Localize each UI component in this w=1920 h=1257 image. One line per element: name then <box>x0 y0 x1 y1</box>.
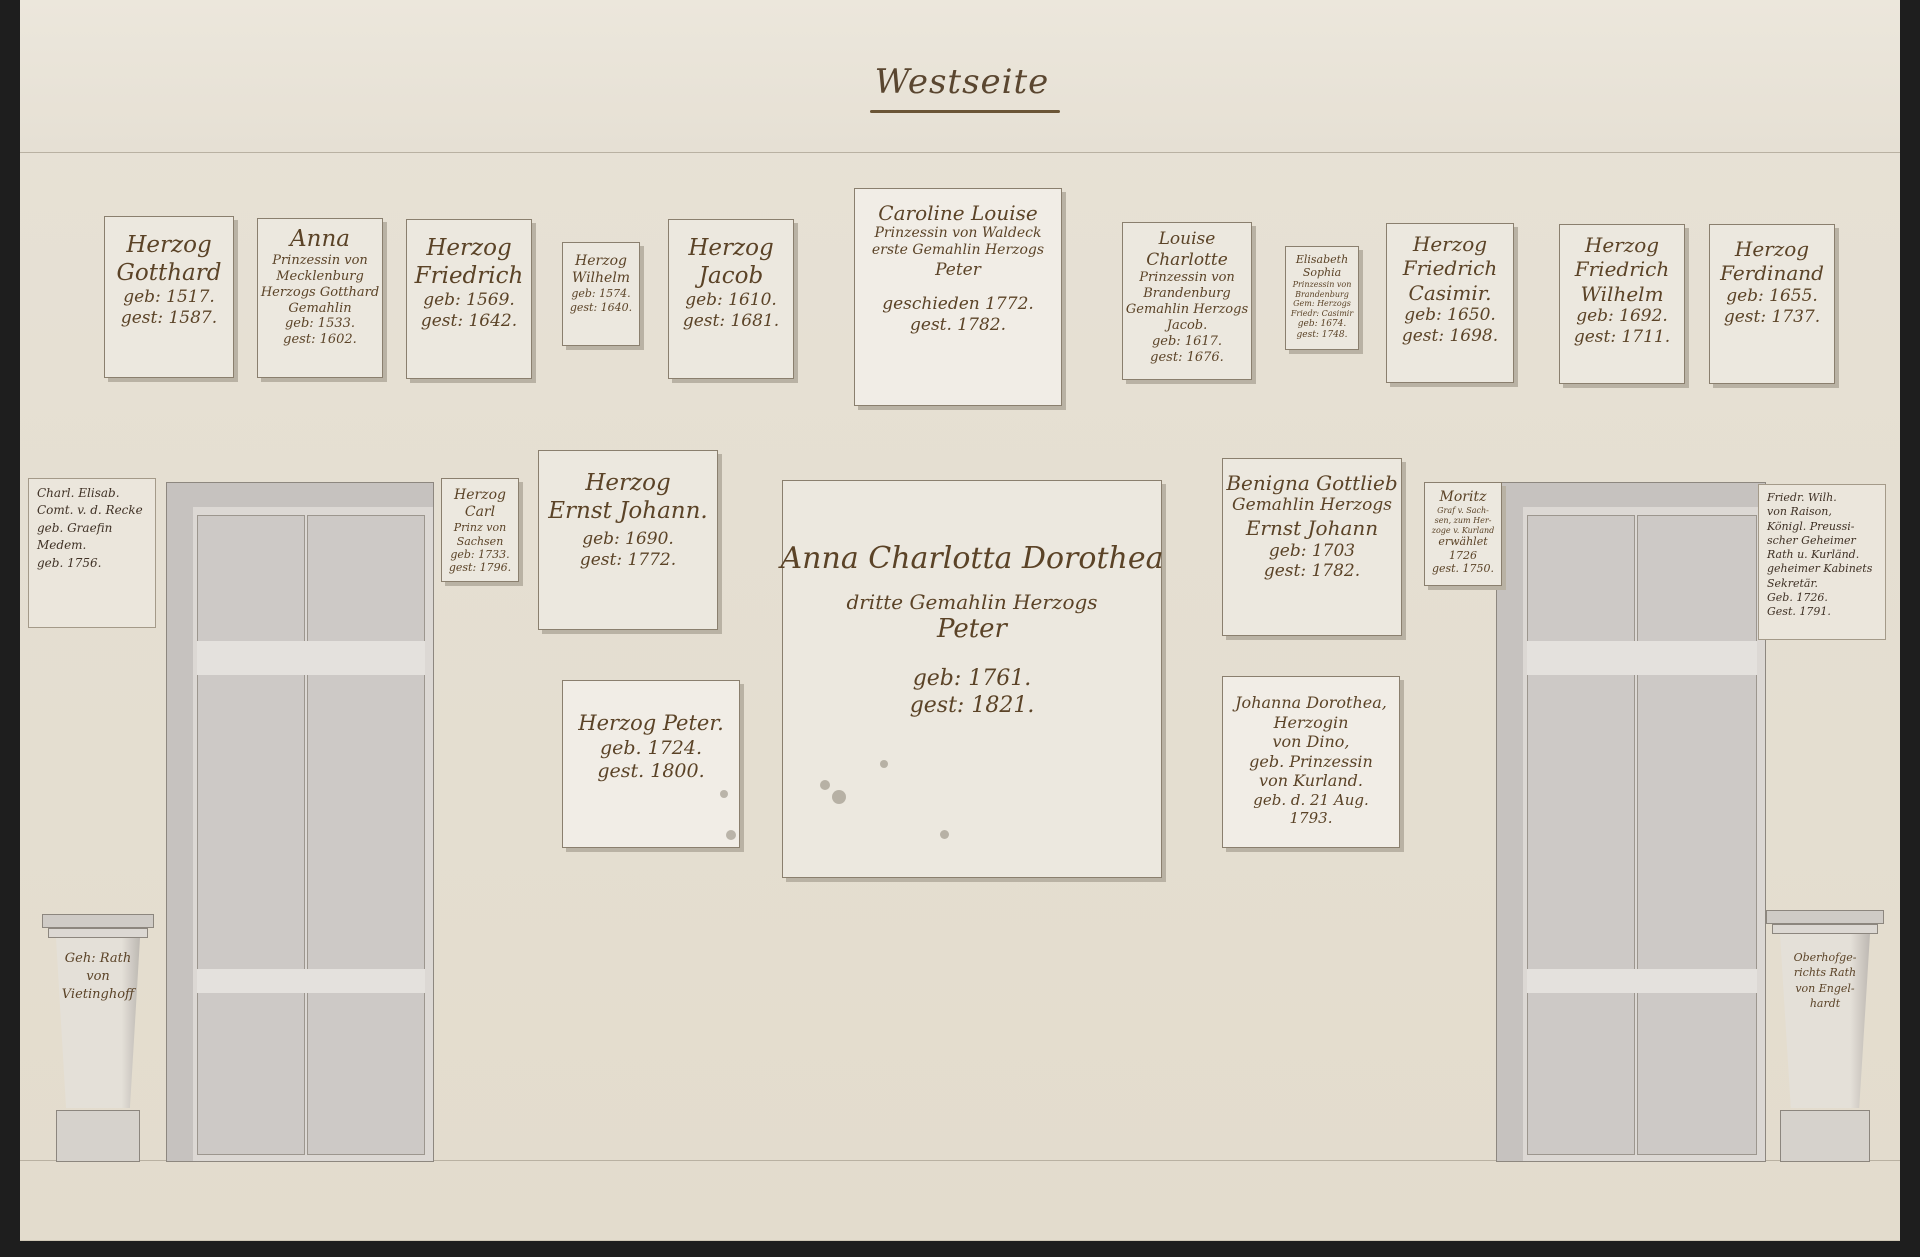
death-date: gest: 1587. <box>121 308 217 329</box>
portrait-label-ernst-johann: Herzog Ernst Johann. geb: 1690. gest: 17… <box>538 450 718 630</box>
note-line: Geb. 1726. <box>1767 591 1877 605</box>
note-line: Sekretär. <box>1767 577 1877 591</box>
portrait-label-anna: Anna Prinzessin von Mecklenburg Herzogs … <box>257 218 383 378</box>
label-line: sen, zum Her- <box>1435 516 1492 526</box>
label-line: Geh: Rath <box>42 950 154 968</box>
stain <box>720 790 728 798</box>
label-line: Herzog <box>585 469 670 497</box>
label-line: Ernst Johann. <box>548 497 707 525</box>
pedestal-right: Oberhofge- richts Rath von Engel- hardt <box>1766 910 1884 1162</box>
death-date: gest: 1796. <box>449 561 511 574</box>
door-frame <box>167 483 433 507</box>
stain <box>940 830 949 839</box>
note-line: Gest. 1791. <box>1767 605 1877 619</box>
label-line: Wilhelm <box>1580 282 1663 306</box>
birth-date: geb: 1574. <box>571 287 630 300</box>
label-line: Anna Charlotta Dorothea <box>781 541 1164 578</box>
label-line: Sophia <box>1303 266 1341 279</box>
label-line: 1726 <box>1449 549 1477 562</box>
label-line: Prinzessin von <box>1293 280 1352 290</box>
label-line: Gemahlin Herzogs <box>1126 302 1248 318</box>
label-line: Herzog <box>1585 233 1659 257</box>
birth-date: geb: 1655. <box>1726 286 1818 307</box>
label-line: Casimir. <box>1409 281 1492 305</box>
label-line: Caroline Louise <box>878 201 1037 225</box>
door-rail <box>197 641 425 675</box>
label-line: von Engel- <box>1766 981 1884 996</box>
door-panel <box>1527 515 1635 1155</box>
portrait-label-jacob: Herzog Jacob geb: 1610. gest: 1681. <box>668 219 794 379</box>
stain <box>820 780 830 790</box>
right-door <box>1496 482 1766 1162</box>
label-line: Herzog <box>1735 237 1809 261</box>
death-date: gest: 1681. <box>683 311 779 332</box>
death-date: gest: 1698. <box>1402 326 1498 347</box>
door-panel <box>307 515 425 1155</box>
note-line: geb. 1756. <box>37 555 147 572</box>
door-frame <box>1497 483 1765 507</box>
label-line: Louise <box>1159 229 1216 250</box>
label-line: Herzog Peter. <box>578 711 724 737</box>
label-line: Ferdinand <box>1720 261 1824 285</box>
label-line: von Kurland. <box>1259 771 1363 791</box>
death-date: gest: 1711. <box>1574 327 1670 348</box>
label-line: Prinzessin von <box>1139 270 1235 286</box>
death-date: gest: 1821. <box>910 693 1035 720</box>
portrait-label-louise-charlotte: Louise Charlotte Prinzessin von Brandenb… <box>1122 222 1252 380</box>
pedestal-label: Oberhofge- richts Rath von Engel- hardt <box>1766 950 1884 1012</box>
pedestal-cap <box>1772 924 1878 934</box>
label-line: Peter <box>935 260 981 281</box>
portrait-label-elisabeth-sophia: Elisabeth Sophia Prinzessin von Brandenb… <box>1285 246 1359 350</box>
label-line: Brandenburg <box>1143 286 1231 302</box>
label-line: Herzog <box>454 487 506 504</box>
label-line: Friedr: Casimir <box>1291 309 1353 319</box>
portrait-label-friedrich-wilhelm: Herzog Friedrich Wilhelm geb: 1692. gest… <box>1559 224 1685 384</box>
label-line: Sachsen <box>457 535 504 548</box>
label-line: Herzogs Gotthard <box>261 285 379 301</box>
label-line: Gemahlin Herzogs <box>1232 495 1392 516</box>
death-date: gest: 1737. <box>1724 307 1820 328</box>
door-panel <box>197 515 305 1155</box>
pedestal-cap <box>1766 910 1884 924</box>
stain <box>832 790 846 804</box>
portrait-label-anna-charlotta-dorothea: Anna Charlotta Dorothea dritte Gemahlin … <box>782 480 1162 878</box>
door-panel <box>1637 515 1757 1155</box>
page-title: Westseite <box>872 62 1052 102</box>
portrait-label-caroline-louise: Caroline Louise Prinzessin von Waldeck e… <box>854 188 1062 406</box>
label-line: Herzog <box>688 234 773 262</box>
label-line: Jacob <box>699 262 763 290</box>
death-date: gest: 1772. <box>580 550 676 571</box>
note-line: Rath u. Kurländ. <box>1767 548 1877 562</box>
birth-date: geb: 1517. <box>123 287 215 308</box>
birth-date: geb. 1724. <box>600 737 702 760</box>
label-line: Oberhofge- <box>1766 950 1884 965</box>
death-date: gest. 1750. <box>1432 562 1494 575</box>
note-line: Charl. Elisab. <box>37 485 147 502</box>
label-line: Herzog <box>426 234 511 262</box>
label-line: Gemahlin <box>288 301 351 317</box>
door-rail <box>197 969 425 993</box>
birth-date: geb: 1690. <box>582 529 674 550</box>
pedestal-base <box>56 1110 140 1162</box>
label-line: Friedrich <box>415 262 524 290</box>
label-line: Herzog <box>575 253 627 270</box>
label-line: geb. Prinzessin <box>1249 752 1373 772</box>
birth-date: geb: 1692. <box>1576 306 1668 327</box>
note-line: Comt. v. d. Recke <box>37 502 147 519</box>
death-date: gest. 1782. <box>910 315 1006 336</box>
label-line: richts Rath <box>1766 965 1884 980</box>
portrait-label-johanna-dorothea: Johanna Dorothea, Herzogin von Dino, geb… <box>1222 676 1400 848</box>
label-line: Jacob. <box>1167 318 1208 334</box>
left-door <box>166 482 434 1162</box>
birth-date: geb: 1533. <box>285 316 355 332</box>
death-date: gest: 1642. <box>421 311 517 332</box>
label-line: Moritz <box>1440 489 1487 506</box>
label-line: Wilhelm <box>572 270 630 287</box>
label-line: erwählet <box>1438 535 1487 548</box>
birth-date: geb: 1674. <box>1298 319 1347 330</box>
portrait-label-ferdinand: Herzog Ferdinand geb: 1655. gest: 1737. <box>1709 224 1835 384</box>
label-line: Charlotte <box>1146 250 1228 271</box>
death-date: gest: 1602. <box>283 332 357 348</box>
label-line: Prinzessin von <box>272 253 368 269</box>
label-line: Mecklenburg <box>276 269 364 285</box>
note-line: Königl. Preussi- <box>1767 520 1877 534</box>
birth-date: geb: 1761. <box>913 666 1032 693</box>
pedestal-base <box>1780 1110 1870 1162</box>
note-line: scher Geheimer <box>1767 534 1877 548</box>
birth-date: geb: 1617. <box>1152 334 1222 350</box>
portrait-label-friedrich-casimir: Herzog Friedrich Casimir. geb: 1650. ges… <box>1386 223 1514 383</box>
birth-date: geb. d. 21 Aug. <box>1253 791 1368 809</box>
label-line: Prinz von <box>454 521 506 534</box>
label-line: erste Gemahlin Herzogs <box>872 242 1044 259</box>
side-note-left: Charl. Elisab. Comt. v. d. Recke geb. Gr… <box>28 478 156 628</box>
portrait-label-benigna-gottlieb: Benigna Gottlieb Gemahlin Herzogs Ernst … <box>1222 458 1402 636</box>
death-date: gest: 1748. <box>1297 330 1348 341</box>
portrait-label-herzog-peter: Herzog Peter. geb. 1724. gest. 1800. <box>562 680 740 848</box>
label-line: hardt <box>1766 996 1884 1011</box>
note-line: geheimer Kabinets <box>1767 562 1877 576</box>
death-date: gest: 1676. <box>1150 350 1224 366</box>
label-line: von <box>42 968 154 986</box>
pedestal-cap <box>42 914 154 928</box>
label-line: dritte Gemahlin Herzogs <box>846 590 1097 614</box>
note-line: von Raison, <box>1767 505 1877 519</box>
birth-date: geb: 1733. <box>450 548 509 561</box>
label-line: Elisabeth <box>1296 253 1348 266</box>
door-frame <box>167 483 193 1161</box>
label-line: Prinzessin von Waldeck <box>875 225 1042 242</box>
label-line: Anna <box>290 225 350 253</box>
pedestal-left: Geh: Rath von Vietinghoff <box>42 914 154 1162</box>
label-line: Herzog <box>126 231 211 259</box>
drawing-sheet: Westseite Herzog Gotthard geb: 1517. ges… <box>20 0 1900 1241</box>
death-date: gest. 1800. <box>597 760 704 783</box>
birth-date: geb: 1650. <box>1404 305 1496 326</box>
label-line: Herzog <box>1413 232 1487 256</box>
label-line: Graf v. Sach- <box>1437 506 1489 516</box>
label-line: Peter <box>937 614 1007 646</box>
pedestal-label: Geh: Rath von Vietinghoff <box>42 950 154 1005</box>
door-rail <box>1527 969 1757 993</box>
label-line: Gotthard <box>117 259 222 287</box>
label-line: von Dino, <box>1272 732 1349 752</box>
note-line: Medem. <box>37 537 147 554</box>
stain <box>726 830 736 840</box>
birth-date: geb: 1703 <box>1269 541 1355 562</box>
birth-date: geb: 1569. <box>423 290 515 311</box>
birth-date: geb: 1610. <box>685 290 777 311</box>
divorce-date: geschieden 1772. <box>882 294 1034 315</box>
note-line: Friedr. Wilh. <box>1767 491 1877 505</box>
label-line: Johanna Dorothea, <box>1235 693 1387 713</box>
label-line: Brandenburg <box>1295 290 1349 300</box>
label-line: Ernst Johann <box>1246 516 1378 540</box>
portrait-label-moritz: Moritz Graf v. Sach- sen, zum Her- zoge … <box>1424 482 1502 586</box>
label-line: zoge v. Kurland <box>1432 526 1494 536</box>
label-line: Gem: Herzogs <box>1293 299 1351 309</box>
death-date: gest: 1782. <box>1264 561 1360 582</box>
birth-year: 1793. <box>1290 809 1333 827</box>
portrait-label-wilhelm: Herzog Wilhelm geb: 1574. gest: 1640. <box>562 242 640 346</box>
portrait-label-carl: Herzog Carl Prinz von Sachsen geb: 1733.… <box>441 478 519 582</box>
portrait-label-gotthard: Herzog Gotthard geb: 1517. gest: 1587. <box>104 216 234 378</box>
door-rail <box>1527 641 1757 675</box>
label-line: Friedrich <box>1575 257 1670 281</box>
title-underline <box>870 110 1060 113</box>
stain <box>880 760 888 768</box>
note-line: geb. Graefin <box>37 520 147 537</box>
pedestal-cap <box>48 928 148 938</box>
label-line: Vietinghoff <box>42 986 154 1004</box>
label-line: Herzogin <box>1274 713 1349 733</box>
label-line: Carl <box>465 504 495 521</box>
label-line: Benigna Gottlieb <box>1226 471 1397 495</box>
portrait-label-friedrich: Herzog Friedrich geb: 1569. gest: 1642. <box>406 219 532 379</box>
death-date: gest: 1640. <box>570 301 632 314</box>
label-line: Friedrich <box>1403 256 1498 280</box>
side-note-right: Friedr. Wilh. von Raison, Königl. Preuss… <box>1758 484 1886 640</box>
